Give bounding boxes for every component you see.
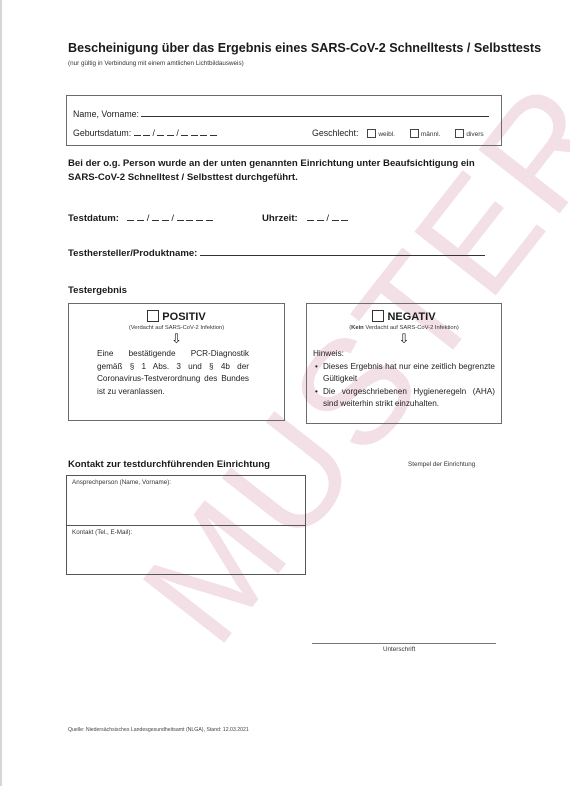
gender-field: Geschlecht: weibl. männl. divers: [312, 128, 484, 138]
test-date-year-1[interactable]: [177, 220, 184, 221]
hint-item: Dieses Ergebnis hat nur eine zeitlich be…: [323, 361, 495, 386]
gender-option-male[interactable]: männl.: [410, 128, 441, 138]
manufacturer-field[interactable]: Testhersteller/Produktname:: [68, 246, 485, 259]
source-footer: Quelle: Niedersächsisches Landesgesundhe…: [68, 727, 249, 733]
test-date-year-3[interactable]: [196, 220, 203, 221]
birthdate-day-2[interactable]: [143, 135, 150, 136]
birthdate-field[interactable]: Geburtsdatum: / /: [73, 128, 217, 138]
birthdate-day-1[interactable]: [134, 135, 141, 136]
test-time-minute-1[interactable]: [332, 220, 339, 221]
test-date-day-2[interactable]: [137, 220, 144, 221]
birthdate-label: Geburtsdatum:: [73, 128, 131, 138]
contact-details-label: Kontakt (Tel., E-Mail):: [72, 529, 132, 536]
contact-box: Ansprechperson (Name, Vorname): Kontakt …: [66, 475, 306, 575]
date-separator: /: [153, 128, 155, 138]
negative-option[interactable]: NEGATIV: [307, 310, 501, 323]
test-date-day-1[interactable]: [127, 220, 134, 221]
name-label: Name, Vorname:: [73, 109, 139, 119]
manufacturer-input-line[interactable]: [200, 246, 485, 256]
statement-line-1: Bei der o.g. Person wurde an der unten g…: [68, 158, 475, 169]
hint-label: Hinweis:: [313, 348, 495, 361]
name-field[interactable]: Name, Vorname:: [73, 107, 489, 119]
checkbox-female[interactable]: [367, 129, 376, 138]
checkbox-male[interactable]: [410, 129, 419, 138]
hint-item: Die vorgeschriebenen Hygieneregeln (AHA)…: [323, 386, 495, 411]
negative-checkbox[interactable]: [372, 310, 384, 322]
birthdate-month-2[interactable]: [167, 135, 174, 136]
date-separator: /: [176, 128, 178, 138]
positive-label: POSITIV: [162, 311, 205, 323]
test-date-label: Testdatum:: [68, 213, 119, 224]
date-separator: /: [147, 213, 150, 224]
document-subtitle: (nur gültig in Verbindung mit einem amtl…: [68, 60, 244, 67]
stamp-label: Stempel der Einrichtung: [408, 461, 475, 468]
arrow-down-icon: ⇩: [307, 332, 501, 346]
test-date-month-2[interactable]: [162, 220, 169, 221]
arrow-down-icon: ⇩: [69, 332, 284, 346]
result-section-label: Testergebnis: [68, 285, 127, 296]
checkbox-diverse[interactable]: [455, 129, 464, 138]
gender-option-diverse[interactable]: divers: [455, 128, 483, 138]
positive-result-box: POSITIV (Verdacht auf SARS-CoV-2 Infekti…: [68, 303, 285, 421]
manufacturer-label: Testhersteller/Produktname:: [68, 248, 197, 259]
signature-line[interactable]: [312, 643, 496, 644]
date-separator: /: [171, 213, 174, 224]
negative-subtitle-kein: Kein: [351, 325, 364, 331]
positive-instructions: Eine bestätigende PCR-Diagnostik gemäß §…: [97, 348, 249, 398]
contact-divider: [67, 525, 305, 526]
person-info-box: Name, Vorname: Geburtsdatum: / / Geschle…: [66, 95, 502, 146]
statement-line-2: SARS-CoV-2 Schnelltest / Selbsttest durc…: [68, 172, 298, 183]
test-time-hour-1[interactable]: [307, 220, 314, 221]
gender-label: Geschlecht:: [312, 128, 358, 138]
negative-result-box: NEGATIV (Kein Verdacht auf SARS-CoV-2 In…: [306, 303, 502, 424]
contact-section-label: Kontakt zur testdurchführenden Einrichtu…: [68, 459, 270, 470]
certificate-page: Bescheinigung über das Ergebnis eines SA…: [0, 0, 570, 786]
document-title: Bescheinigung über das Ergebnis eines SA…: [68, 41, 541, 55]
contact-person-input[interactable]: [71, 490, 301, 522]
contact-details-input[interactable]: [71, 540, 301, 572]
negative-label: NEGATIV: [387, 311, 435, 323]
test-time-label: Uhrzeit:: [262, 213, 298, 224]
birthdate-year-1[interactable]: [181, 135, 188, 136]
negative-hints: Hinweis: Dieses Ergebnis hat nur eine ze…: [313, 348, 495, 411]
test-date-field[interactable]: Testdatum: / /: [68, 213, 213, 224]
test-time-minute-2[interactable]: [341, 220, 348, 221]
positive-option[interactable]: POSITIV: [69, 310, 284, 323]
birthdate-year-4[interactable]: [210, 135, 217, 136]
contact-person-label: Ansprechperson (Name, Vorname):: [72, 479, 171, 486]
time-separator: /: [326, 213, 329, 224]
gender-option-female[interactable]: weibl.: [367, 128, 395, 138]
test-date-year-4[interactable]: [206, 220, 213, 221]
test-date-year-2[interactable]: [186, 220, 193, 221]
positive-checkbox[interactable]: [147, 310, 159, 322]
birthdate-year-2[interactable]: [191, 135, 198, 136]
name-input-line[interactable]: [141, 107, 489, 117]
birthdate-year-3[interactable]: [200, 135, 207, 136]
test-date-month-1[interactable]: [152, 220, 159, 221]
signature-label: Unterschrift: [383, 646, 415, 653]
hint-list: Dieses Ergebnis hat nur eine zeitlich be…: [313, 361, 495, 411]
birthdate-month-1[interactable]: [157, 135, 164, 136]
test-time-hour-2[interactable]: [317, 220, 324, 221]
test-time-field[interactable]: Uhrzeit: /: [262, 213, 348, 224]
